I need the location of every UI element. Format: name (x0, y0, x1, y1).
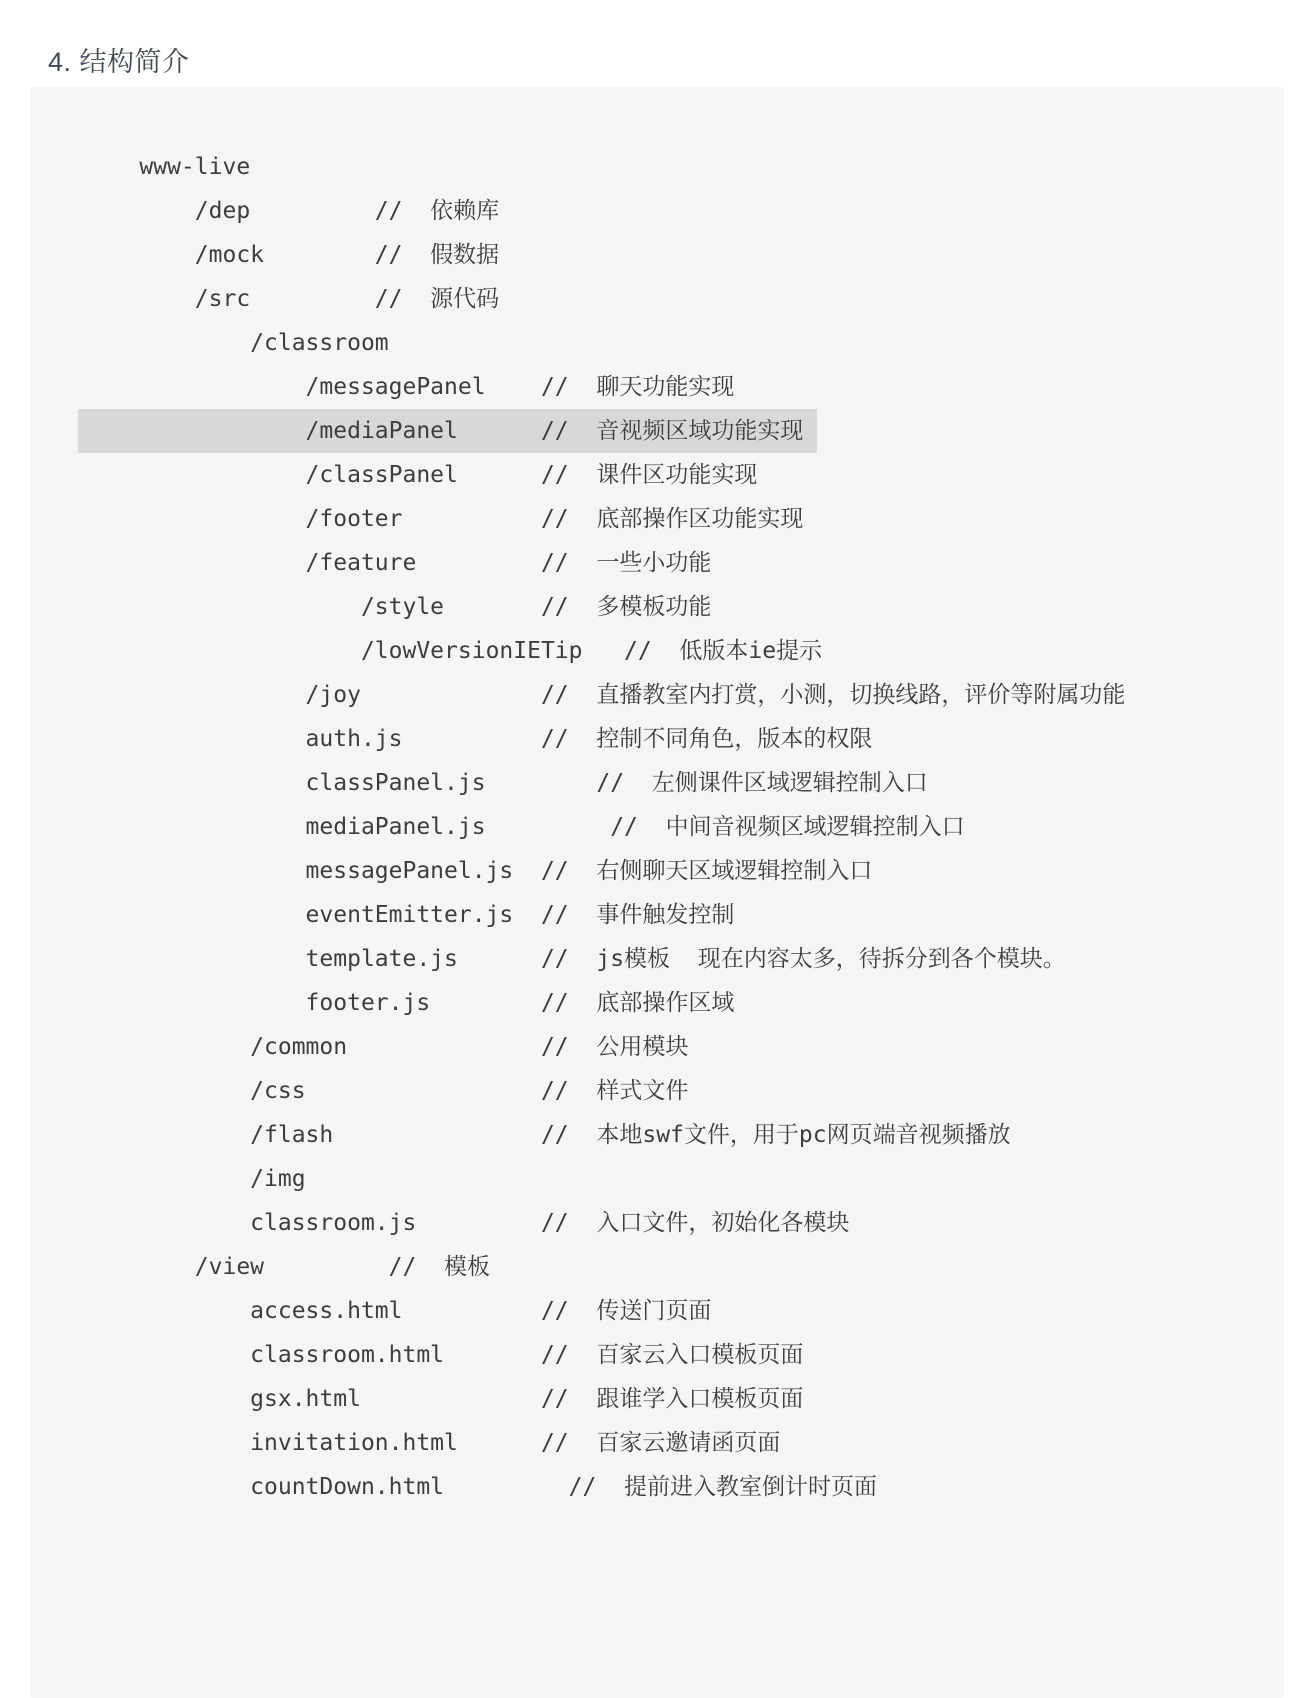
code-line: /lowVersionIETip // 低版本ie提示 (84, 629, 1284, 673)
code-line: eventEmitter.js // 事件触发控制 (84, 893, 1284, 937)
code-line: /footer // 底部操作区功能实现 (84, 497, 1284, 541)
code-line: /flash // 本地swf文件，用于pc网页端音视频播放 (84, 1113, 1284, 1157)
code-line-highlighted: /mediaPanel // 音视频区域功能实现 (84, 409, 1284, 453)
code-line: /dep // 依赖库 (84, 189, 1284, 233)
line-text: classPanel.js // 左侧课件区域逻辑控制入口 (84, 761, 928, 805)
line-text: /footer // 底部操作区功能实现 (84, 497, 803, 541)
line-text: classroom.js // 入口文件，初始化各模块 (84, 1201, 849, 1245)
code-line: invitation.html // 百家云邀请函页面 (84, 1421, 1284, 1465)
line-text: mediaPanel.js // 中间音视频区域逻辑控制入口 (84, 805, 965, 849)
code-line: mediaPanel.js // 中间音视频区域逻辑控制入口 (84, 805, 1284, 849)
line-text: /dep // 依赖库 (84, 189, 499, 233)
code-line: /classroom (84, 321, 1284, 365)
code-line: /messagePanel // 聊天功能实现 (84, 365, 1284, 409)
code-line: /src // 源代码 (84, 277, 1284, 321)
line-text: /messagePanel // 聊天功能实现 (84, 365, 734, 409)
line-text: template.js // js模板 现在内容太多，待拆分到各个模块。 (84, 937, 1066, 981)
code-line: template.js // js模板 现在内容太多，待拆分到各个模块。 (84, 937, 1284, 981)
code-line: access.html // 传送门页面 (84, 1289, 1284, 1333)
code-line: countDown.html // 提前进入教室倒计时页面 (84, 1465, 1284, 1509)
line-text: classroom.html // 百家云入口模板页面 (84, 1333, 803, 1377)
code-line: /style // 多模板功能 (84, 585, 1284, 629)
line-text: /img (84, 1157, 306, 1201)
line-text: access.html // 传送门页面 (84, 1289, 711, 1333)
code-line: auth.js // 控制不同角色，版本的权限 (84, 717, 1284, 761)
code-line: /common // 公用模块 (84, 1025, 1284, 1069)
code-line: messagePanel.js // 右侧聊天区域逻辑控制入口 (84, 849, 1284, 893)
line-text: gsx.html // 跟谁学入口模板页面 (84, 1377, 803, 1421)
highlighted-line-text: /mediaPanel // 音视频区域功能实现 (78, 409, 817, 453)
code-line: /img (84, 1157, 1284, 1201)
line-text: /style // 多模板功能 (84, 585, 711, 629)
code-line: /feature // 一些小功能 (84, 541, 1284, 585)
line-text: /flash // 本地swf文件，用于pc网页端音视频播放 (84, 1113, 1011, 1157)
line-text: /mock // 假数据 (84, 233, 499, 277)
line-text: /common // 公用模块 (84, 1025, 688, 1069)
line-text: messagePanel.js // 右侧聊天区域逻辑控制入口 (84, 849, 872, 893)
code-line: gsx.html // 跟谁学入口模板页面 (84, 1377, 1284, 1421)
line-text: invitation.html // 百家云邀请函页面 (84, 1421, 780, 1465)
code-line: footer.js // 底部操作区域 (84, 981, 1284, 1025)
code-line: /joy // 直播教室内打赏，小测，切换线路，评价等附属功能 (84, 673, 1284, 717)
line-text: /src // 源代码 (84, 277, 499, 321)
line-text: /joy // 直播教室内打赏，小测，切换线路，评价等附属功能 (84, 673, 1125, 717)
code-line: www-live (84, 145, 1284, 189)
code-line: classroom.js // 入口文件，初始化各模块 (84, 1201, 1284, 1245)
line-text: /classPanel // 课件区功能实现 (84, 453, 757, 497)
line-text: countDown.html // 提前进入教室倒计时页面 (84, 1465, 877, 1509)
code-line: /mock // 假数据 (84, 233, 1284, 277)
code-line: classroom.html // 百家云入口模板页面 (84, 1333, 1284, 1377)
code-line: /classPanel // 课件区功能实现 (84, 453, 1284, 497)
line-text: auth.js // 控制不同角色，版本的权限 (84, 717, 872, 761)
code-block: www-live /dep // 依赖库 /mock // 假数据 /src /… (30, 87, 1284, 1698)
line-text: /classroom (84, 321, 389, 365)
line-text: /css // 样式文件 (84, 1069, 688, 1113)
line-text: /lowVersionIETip // 低版本ie提示 (84, 629, 822, 673)
page: { "heading": { "text": "4. 结构简介", "color… (0, 0, 1314, 1698)
code-line: /view // 模板 (84, 1245, 1284, 1289)
code-line: /css // 样式文件 (84, 1069, 1284, 1113)
line-text: eventEmitter.js // 事件触发控制 (84, 893, 734, 937)
code-line: classPanel.js // 左侧课件区域逻辑控制入口 (84, 761, 1284, 805)
line-text: footer.js // 底部操作区域 (84, 981, 734, 1025)
line-text: /view // 模板 (84, 1245, 490, 1289)
section-heading: 4. 结构简介 (48, 40, 190, 79)
line-text: /feature // 一些小功能 (84, 541, 711, 585)
line-text: www-live (84, 145, 250, 189)
